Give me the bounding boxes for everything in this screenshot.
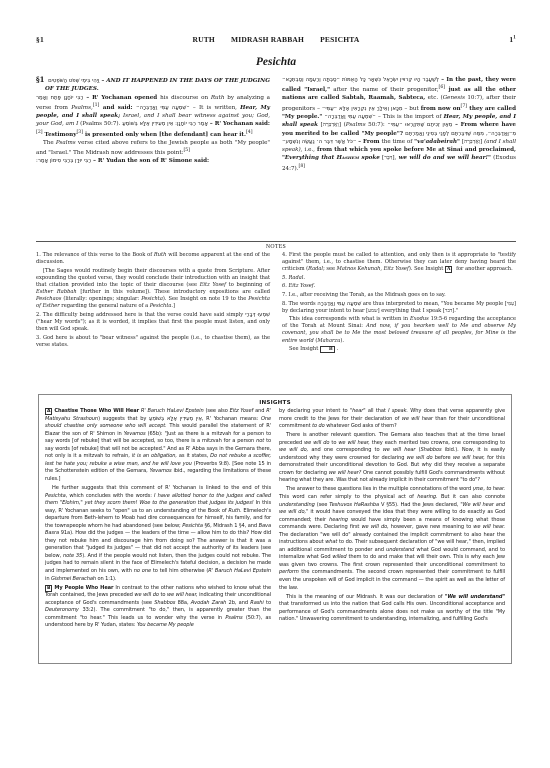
note-8-continued: This idea corresponds with what is writt…	[282, 316, 516, 344]
running-head-title: RUTH MIDRASH RABBAH PESICHTA	[36, 35, 516, 44]
note-ref[interactable]: [8]	[299, 164, 306, 169]
text: Ruth	[228, 508, 240, 514]
text: 2b, and	[226, 600, 250, 606]
hebrew-verse: וַיְהִי בִּימֵי שְׁפֹט הַשֹּׁפְטִים	[48, 78, 99, 84]
text: , which concludes with the words:	[66, 493, 154, 499]
hebrew-text: מִכָּאן וְאֵילָךְ אֵין נִקְרָאִין אֶלָּא…	[322, 106, 403, 112]
text: understanding	[279, 502, 315, 508]
text: hearing	[329, 517, 348, 523]
text: You became My people	[137, 622, 194, 628]
note-4: 4. First the people must be called to at…	[282, 252, 516, 273]
text: and	[253, 408, 266, 414]
text: (Psalms 50:7).	[78, 121, 122, 127]
text: "Everything that	[282, 155, 337, 161]
text: See Insight	[289, 346, 320, 352]
text: – but	[403, 106, 421, 112]
insights-columns: AChastise Those Who Will Hear R' Baruch …	[45, 408, 505, 631]
note-8: 8. The words שִׁמְעָה עַמִּי וַאֲדַבֵּרָ…	[282, 301, 516, 315]
text: willed	[332, 554, 346, 560]
text: Avodah Zarah	[191, 600, 226, 606]
paragraph: The Psalms verse cited above refers to t…	[36, 139, 270, 157]
text: §6, Midrash 1 §4, and	[203, 523, 259, 529]
text: [וַאֲדַבֵּרָה]	[460, 139, 484, 145]
text: we will do,	[279, 447, 308, 453]
note-6: 6. Eitz Yosef.	[282, 283, 516, 290]
text: to tell him otherwise (	[151, 568, 208, 574]
insight-b-link[interactable]: B	[320, 346, 335, 353]
text: to	[159, 592, 167, 598]
insight-a-badge: A	[45, 408, 52, 415]
text: This is the meaning of our Midrash. It w…	[286, 594, 445, 600]
insight-a-heading: Chastise Those Who Will Hear	[54, 408, 139, 414]
text: we will hear,	[338, 440, 369, 446]
text: however, gave new meaning to	[389, 524, 474, 530]
text: Exodus	[410, 316, 429, 322]
text: his discourse on	[160, 95, 211, 101]
hebrew-text: אָמַר רַבִּי יוֹחָנָן: אֵין מְעִידִין אֶ…	[122, 121, 208, 127]
text: Pesichaos	[36, 296, 61, 302]
text: .	[337, 346, 339, 352]
running-head: §1 RUTH MIDRASH RABBAH PESICHTA 11	[36, 35, 516, 47]
text: after the name of their progenitor,	[330, 87, 439, 93]
paragraph: רַבִּי יוּדָן בְּרַבִּי סִימוֹן אָמַר: –…	[36, 157, 270, 165]
text: Esther Rabbah	[36, 289, 77, 295]
text: to beginning of	[226, 282, 270, 288]
text: note 35	[63, 553, 82, 559]
text: Pesichta.	[150, 303, 173, 309]
text: hearing.	[417, 494, 437, 500]
part-name: PESICHTA	[320, 35, 359, 44]
text: "va'adabeirah"	[414, 139, 460, 145]
text: Matnos Kehunah, Eitz Yosef	[337, 266, 409, 272]
insights-right-column: by declaring your intent to "hear" all t…	[279, 408, 505, 631]
text: we will hear	[383, 447, 416, 453]
text: – It is written,	[190, 105, 240, 111]
text: all that	[366, 408, 389, 414]
text: , R' Yochanan means:	[202, 416, 261, 422]
text: Eitz Yosef	[200, 282, 226, 288]
text: we will do	[304, 440, 329, 446]
paragraph: רַבִּי יוֹחָנָן פָּתַח וְאָמַר – R' Yoch…	[36, 94, 270, 139]
text: we will do,	[361, 524, 388, 530]
text: we will hear.	[473, 524, 505, 530]
text: (see	[315, 502, 330, 508]
text: Deuteronomy	[45, 607, 79, 613]
section-heading: §1 וַיְהִי בִּימֵי שְׁפֹט הַשֹּׁפְטִים –…	[36, 76, 270, 94]
text: as it states,	[177, 453, 210, 459]
text: Pesichta	[45, 493, 66, 499]
insight-b: BMy People Who Hear In contrast to the o…	[45, 585, 271, 630]
note-ref[interactable]: [4]	[246, 130, 253, 135]
text: Teshuvos HaRashba	[329, 502, 379, 508]
text: Psalms	[225, 615, 242, 621]
main-text-left-column: §1 וַיְהִי בִּימֵי שְׁפֹט הַשֹּׁפְטִים –…	[36, 76, 270, 173]
text: 2. The difficulty being addressed here i…	[36, 312, 245, 318]
text: ).	[340, 338, 344, 344]
text: Genesis	[443, 95, 465, 101]
text: Ruth	[154, 252, 166, 258]
text: Hashem	[337, 155, 360, 161]
main-text-right-column: לְשֶׁעָבַר הָיוּ קְרוּיִין יִשְׂרָאֵל כִ…	[282, 76, 516, 173]
text: we will hear,	[167, 592, 198, 598]
text: ) suggests that by	[98, 416, 149, 422]
hebrew-text: מֵאַיִן זְכִיתֶם שֶׁתִּקְרְאוּ ״עַמִּי״	[387, 122, 452, 128]
text: Eitz Yosef	[230, 408, 254, 414]
text: Gishmei Berachah	[51, 576, 96, 582]
text: 50:7):	[366, 122, 388, 128]
text: understand	[386, 547, 414, 553]
text: from now on	[421, 106, 461, 112]
text: ). See Insight on note 19 to the	[163, 296, 248, 302]
notes-right-column: 4. First the people must be called to at…	[282, 252, 516, 355]
hebrew-text: ״שִׁמְעָה עַמִּי וַאֲדַבֵּרָה״	[136, 105, 190, 111]
note-7: 7. I.e., after receiving the Torah, as t…	[282, 292, 516, 299]
text: Ruth	[211, 95, 225, 101]
text: to hear.	[486, 486, 505, 492]
insight-a-link[interactable]: A	[445, 266, 453, 273]
text: V §55). Had the Jews declared,	[379, 502, 460, 508]
text: the commandments. The second crown repre…	[279, 569, 505, 590]
text: we will do and we will hear!"	[399, 155, 491, 161]
text: perform	[279, 569, 299, 575]
insight-b-badge: B	[45, 585, 52, 592]
text: Shabbos	[420, 447, 441, 453]
text: – R' Yudan the son of R' Simone said:	[91, 158, 209, 164]
text: not	[256, 438, 264, 444]
text: Yevamos	[150, 468, 172, 474]
text: Psalms	[56, 140, 76, 146]
text: i.e.,	[302, 147, 317, 153]
text: 7. I.e., after receiving the Torah, as t…	[282, 292, 446, 298]
text: before	[432, 455, 452, 461]
insight-b-paragraph: The answer to these questions lies in th…	[279, 486, 505, 592]
insight-b-paragraph: There is another relevant question. The …	[279, 432, 505, 485]
insight-a-continued: He further suggests that this comment of…	[45, 485, 271, 583]
text: 5. Radal.	[282, 275, 305, 281]
text: and said:	[99, 105, 136, 111]
text: to	[264, 600, 271, 606]
text: R' Baruch HaLevi Epstein	[208, 568, 271, 574]
text: The	[43, 140, 56, 146]
text: – From	[356, 139, 381, 145]
hebrew-text: לְשֶׁעָבַר הָיוּ קְרוּיִין יִשְׂרָאֵל כִ…	[282, 77, 439, 83]
text: – This is the import of	[376, 114, 444, 120]
note-3: 3. God here is about to "bear witness" a…	[36, 335, 270, 349]
text: 6. Eitz Yosef.	[282, 283, 315, 289]
main-text: §1 וַיְהִי בִּימֵי שְׁפֹט הַשֹּׁפְטִים –…	[36, 76, 516, 173]
text: – R' Yochanan said:	[208, 121, 270, 127]
note-2: 2. The difficulty being addressed here i…	[36, 312, 270, 333]
page-title: Pesichta	[36, 56, 516, 68]
note-ref[interactable]: [5]	[183, 148, 190, 153]
text: no one	[134, 568, 151, 574]
text: on 1:1).	[96, 576, 117, 582]
insights-left-column: AChastise Those Who Will Hear R' Baruch …	[45, 408, 271, 631]
text: He further suggests that this comment of…	[52, 485, 271, 491]
note-5: 5. Radal.	[282, 275, 516, 282]
text: and one corresponding to	[308, 447, 382, 453]
text: (literally: openings; singular:	[61, 296, 141, 302]
text: regarding the general nature of a	[60, 303, 150, 309]
text: Pesichta	[141, 296, 163, 302]
text: 8. The words	[282, 301, 317, 307]
text: they each merited two crowns, one corres…	[370, 440, 505, 446]
hebrew-text: שִׁמְעוּ דְּבָרַי	[245, 312, 270, 318]
hebrew-text: ״כֹּל אֲשֶׁר דִּבֶּר ה׳ נַעֲשֶׂה וְנִשְׁ…	[282, 139, 356, 145]
text: whatever God asks of them?	[325, 423, 397, 429]
hebrew-text: מִ״וַּאֲדַבֵּרָה״, מִמַּה שֶּׁדִּבַּרְתֶ…	[405, 131, 516, 137]
text: Yevamos	[124, 431, 146, 437]
book-name: RUTH	[192, 35, 214, 44]
hebrew-text: רַבִּי יוּדָן בְּרַבִּי סִימוֹן אָמַר:	[36, 158, 91, 164]
text: what	[325, 539, 337, 545]
hebrew-text: שמע	[473, 486, 484, 492]
insight-b-continued: by declaring your intent to "hear" all t…	[279, 408, 505, 431]
text: from that which you spoke before Me at S…	[317, 147, 516, 153]
note-ref[interactable]: [2]	[36, 130, 43, 135]
text: (see also	[204, 408, 230, 414]
text: by declaring your intent to	[279, 408, 350, 414]
text: 1. The relevance of this verse to the Bo…	[36, 252, 154, 258]
notes-divider	[36, 241, 516, 242]
text: "hear"	[350, 408, 366, 414]
work-name: MIDRASH RABBAH	[231, 35, 304, 44]
text: it is an obligation,	[132, 453, 177, 459]
text: This word can refer simply to the physic…	[279, 494, 417, 500]
text: Pesichta	[182, 523, 203, 529]
notes-left-column: 1. The relevance of this verse to the Bo…	[36, 252, 270, 355]
text: 88a,	[175, 600, 190, 606]
text: ). See Insight	[409, 266, 445, 272]
text: for another approach.	[454, 266, 512, 272]
text: we will hear?	[329, 470, 362, 476]
text: we will do	[134, 592, 158, 598]
text: to do	[312, 423, 325, 429]
hebrew-text: שִׁמְעָה עַמִּי וַאֲדַבֵּרָה	[317, 301, 361, 307]
page-number-superscript: 1	[513, 36, 516, 41]
text: [further in this volume]). These introdu…	[77, 289, 270, 295]
text: I speak.	[388, 408, 408, 414]
text: Testimony	[43, 132, 77, 138]
text: ("hear My words"); as it is worded, it i…	[36, 319, 270, 332]
text: [דִּבֶּר],	[380, 155, 399, 161]
text: R' Baruch HaLevi Epstein	[139, 408, 204, 414]
insight-a: AChastise Those Who Will Hear R' Baruch …	[45, 408, 271, 483]
text: – R' Yochanan opened	[83, 95, 160, 101]
text: spoke	[359, 155, 380, 161]
text: we will hear	[402, 416, 433, 422]
text: Psalms	[346, 122, 366, 128]
note-8-see-insight: See Insight B.	[282, 346, 516, 353]
text: the time of	[381, 139, 414, 145]
text: ]	[173, 303, 175, 309]
text: The answer to these questions lies in th…	[286, 486, 473, 492]
text: This idea corresponds with what is writt…	[289, 316, 410, 322]
note-1: 1. The relevance of this verse to the Bo…	[36, 252, 270, 266]
insights-box: INSIGHTS AChastise Those Who Will Hear R…	[38, 394, 512, 664]
insights-heading: INSIGHTS	[45, 400, 505, 406]
text: 3. God here is about to "bear witness" a…	[36, 335, 270, 348]
section-number: §1	[36, 75, 45, 84]
text: ; see	[323, 266, 337, 272]
note-1-continued: [The Sages would routinely begin their d…	[36, 268, 270, 311]
paragraph: לְשֶׁעָבַר הָיוּ קְרוּיִין יִשְׂרָאֵל כִ…	[282, 76, 516, 173]
text: Radal	[308, 266, 323, 272]
hebrew-text: רַבִּי יוֹחָנָן פָּתַח וְאָמַר	[36, 95, 83, 101]
text: is presented only when [the defendant] c…	[83, 132, 246, 138]
text: we will hear,	[453, 455, 485, 461]
text: Shabbos	[154, 600, 175, 606]
insight-b-paragraph: This is the meaning of our Midrash. It w…	[279, 594, 505, 624]
text: Maharzu	[317, 338, 340, 344]
text: [וַאֲדַבֵּרָה] (	[318, 122, 346, 128]
insight-b-heading: My People Who Hear	[54, 585, 113, 591]
text: But it can also connote	[438, 494, 505, 500]
notes-heading: NOTES	[36, 244, 516, 250]
text: "We will understand"	[445, 594, 505, 600]
text: Rashi	[250, 600, 263, 606]
text: Psalms,	[71, 105, 93, 111]
hebrew-text: ״שִׁמְעָה עַמִּי וַאֲדַבֵּרָה״	[324, 114, 375, 120]
text: that transformed us into the nation that…	[279, 601, 505, 622]
page-number: 11	[509, 35, 516, 44]
hebrew-text: אֵין מְעִידִין אֶלָּא בְּשׁוֹמֵעַ	[149, 416, 202, 422]
text: we will do	[407, 455, 433, 461]
text: etc. (	[425, 95, 442, 101]
notes-section: 1. The relevance of this verse to the Bo…	[36, 252, 516, 355]
